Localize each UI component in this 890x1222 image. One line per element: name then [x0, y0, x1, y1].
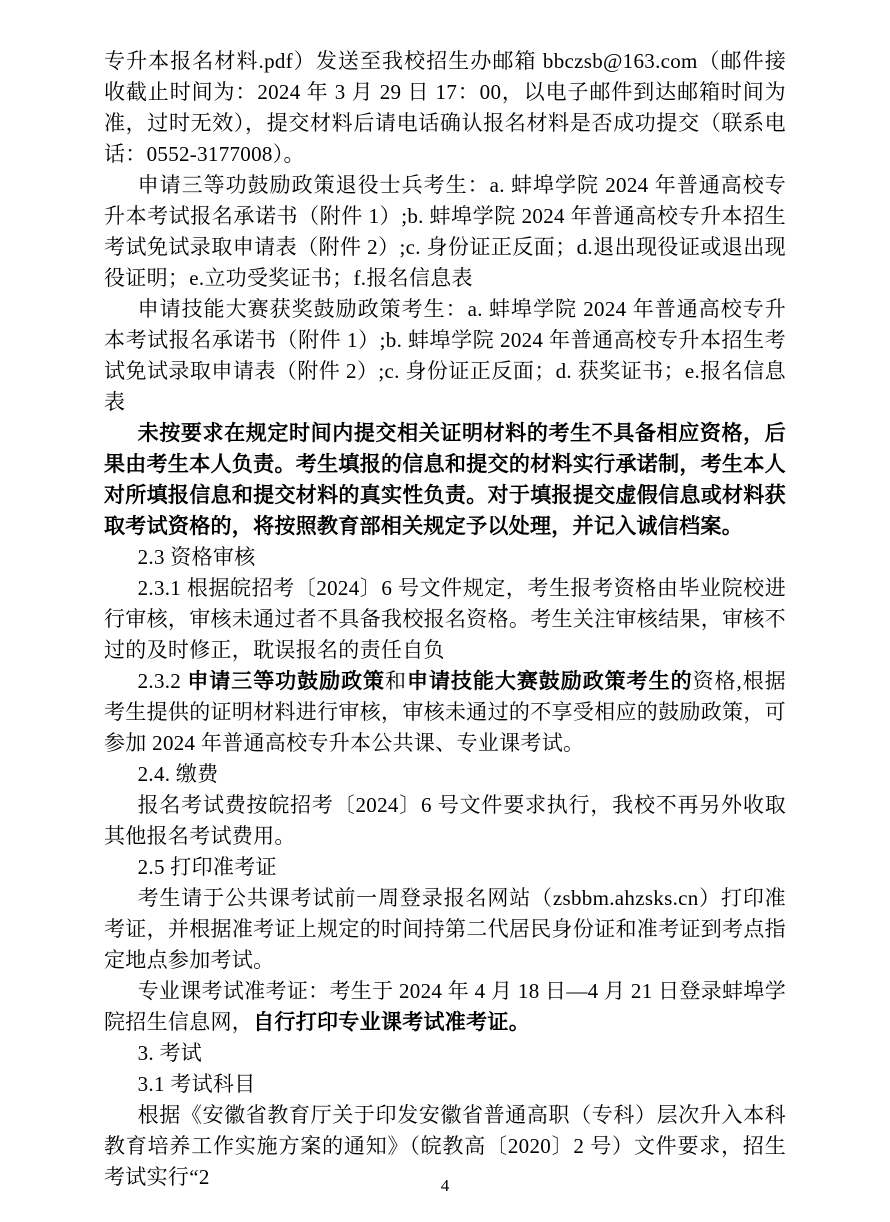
heading-2-3: 2.3 资格审核 — [104, 542, 786, 573]
text-segment: 3. 考试 — [138, 1041, 203, 1065]
para-veteran-policy-materials: 申请三等功鼓励政策退役士兵考生：a. 蚌埠学院 2024 年普通高校专升本考试报… — [104, 170, 786, 294]
paragraph-container: 专升本报名材料.pdf）发送至我校招生办邮箱 bbczsb@163.com（邮件… — [104, 46, 786, 1193]
page-number: 4 — [441, 1176, 450, 1195]
text-segment: 专升本报名材料.pdf）发送至我校招生办邮箱 bbczsb@163.com（邮件… — [104, 49, 786, 166]
heading-3: 3. 考试 — [104, 1038, 786, 1069]
para-fee: 报名考试费按皖招考〔2024〕6 号文件要求执行，我校不再另外收取其他报名考试费… — [104, 790, 786, 852]
text-segment: 2.3 资格审核 — [138, 545, 256, 569]
bold-text-segment: 未按要求在规定时间内提交相关证明材料的考生不具备相应资格，后果由考生本人负责。考… — [104, 421, 786, 538]
bold-text-segment: 自行打印专业课考试准考证。 — [253, 1010, 530, 1034]
para-disclaimer-bold: 未按要求在规定时间内提交相关证明材料的考生不具备相应资格，后果由考生本人负责。考… — [104, 418, 786, 542]
bold-text-segment: 申请三等功鼓励政策 — [187, 669, 385, 693]
text-segment: 2.3.1 根据皖招考〔2024〕6 号文件规定，考生报考资格由毕业院校进行审核… — [104, 576, 786, 662]
document-page: 专升本报名材料.pdf）发送至我校招生办邮箱 bbczsb@163.com（邮件… — [0, 0, 890, 1222]
para-2-3-2: 2.3.2 申请三等功鼓励政策和申请技能大赛鼓励政策考生的资格,根据考生提供的证… — [104, 666, 786, 759]
text-segment: 3.1 考试科目 — [138, 1072, 256, 1096]
para-email-submission: 专升本报名材料.pdf）发送至我校招生办邮箱 bbczsb@163.com（邮件… — [104, 46, 786, 170]
text-segment: 申请技能大赛获奖鼓励政策考生：a. 蚌埠学院 2024 年普通高校专升本考试报名… — [104, 297, 786, 414]
heading-2-4: 2.4. 缴费 — [104, 759, 786, 790]
page-footer: 4 — [0, 1176, 890, 1196]
heading-2-5: 2.5 打印准考证 — [104, 852, 786, 883]
heading-3-1: 3.1 考试科目 — [104, 1069, 786, 1100]
text-segment: 和 — [385, 669, 407, 693]
para-skill-contest-policy-materials: 申请技能大赛获奖鼓励政策考生：a. 蚌埠学院 2024 年普通高校专升本考试报名… — [104, 294, 786, 418]
text-segment: 2.5 打印准考证 — [138, 855, 277, 879]
text-segment: 2.4. 缴费 — [138, 762, 219, 786]
para-2-3-1: 2.3.1 根据皖招考〔2024〕6 号文件规定，考生报考资格由毕业院校进行审核… — [104, 573, 786, 666]
para-professional-course-ticket: 专业课考试准考证：考生于 2024 年 4 月 18 日—4 月 21 日登录蚌… — [104, 976, 786, 1038]
text-segment: 报名考试费按皖招考〔2024〕6 号文件要求执行，我校不再另外收取其他报名考试费… — [104, 793, 786, 848]
text-segment: 申请三等功鼓励政策退役士兵考生：a. 蚌埠学院 2024 年普通高校专升本考试报… — [104, 173, 786, 290]
text-segment: 2.3.2 — [138, 669, 188, 693]
text-segment: 考生请于公共课考试前一周登录报名网站（zsbbm.ahzsks.cn）打印准考证… — [104, 886, 786, 972]
para-print-admission-ticket: 考生请于公共课考试前一周登录报名网站（zsbbm.ahzsks.cn）打印准考证… — [104, 883, 786, 976]
bold-text-segment: 申请技能大赛鼓励政策考生的 — [407, 669, 693, 693]
